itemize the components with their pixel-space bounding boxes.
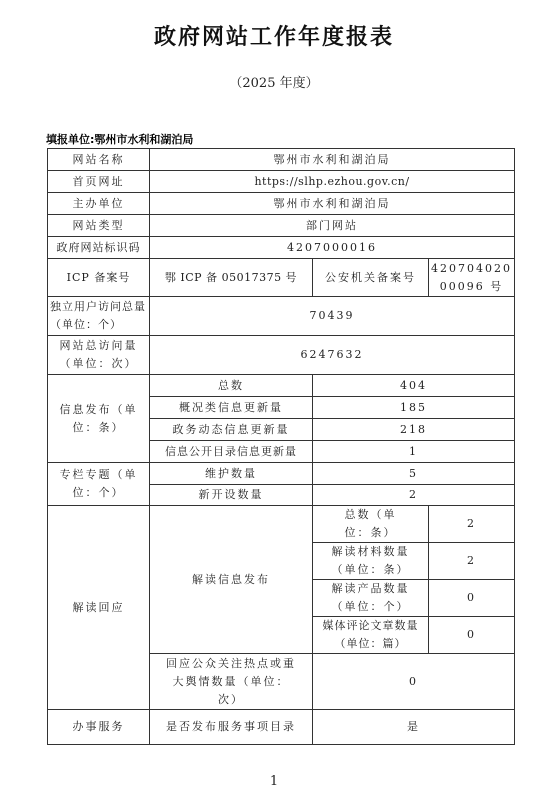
table-row: 专栏专题（单位：个） 维护数量 5 bbox=[48, 463, 515, 485]
total-visits-label: 网站总访问量（单位：次） bbox=[48, 336, 150, 375]
maintained-count-value: 5 bbox=[313, 463, 515, 485]
special-columns-label: 专栏专题（单位：个） bbox=[48, 463, 150, 506]
info-release-total-value: 404 bbox=[313, 375, 515, 397]
disclosure-catalog-updates-label: 信息公开目录信息更新量 bbox=[150, 441, 313, 463]
table-row: 解读回应 解读信息发布 总数（单位：条） 2 bbox=[48, 506, 515, 543]
media-commentary-value: 0 bbox=[429, 617, 515, 654]
gov-news-updates-label: 政务动态信息更新量 bbox=[150, 419, 313, 441]
table-row: 信息发布（单位：条） 总数 404 bbox=[48, 375, 515, 397]
filing-unit: 填报单位:鄂州市水利和湖泊局 bbox=[46, 131, 193, 147]
disclosure-catalog-updates-value: 1 bbox=[313, 441, 515, 463]
interpretation-label: 解读回应 bbox=[48, 506, 150, 710]
info-release-label: 信息发布（单位：条） bbox=[48, 375, 150, 463]
total-visits-value: 6247632 bbox=[150, 336, 515, 375]
icp-label: ICP 备案号 bbox=[48, 259, 150, 297]
table-row: ICP 备案号 鄂 ICP 备 05017375 号 公安机关备案号 42070… bbox=[48, 259, 515, 297]
interpretation-total-label: 总数（单位：条） bbox=[313, 506, 429, 543]
overview-updates-value: 185 bbox=[313, 397, 515, 419]
media-commentary-label: 媒体评论文章数量（单位：篇） bbox=[313, 617, 429, 654]
page-title: 政府网站工作年度报表 bbox=[0, 20, 548, 51]
table-row: 网站名称 鄂州市水利和湖泊局 bbox=[48, 149, 515, 171]
service-catalog-label: 是否发布服务事项目录 bbox=[150, 710, 313, 745]
unique-visitors-label: 独立用户访问总量（单位：个） bbox=[48, 297, 150, 336]
interpretation-materials-label: 解读材料数量（单位：条） bbox=[313, 543, 429, 580]
table-row: 主办单位 鄂州市水利和湖泊局 bbox=[48, 193, 515, 215]
police-record-label: 公安机关备案号 bbox=[313, 259, 429, 297]
table-row: 办事服务 是否发布服务事项目录 是 bbox=[48, 710, 515, 745]
unique-visitors-value: 70439 bbox=[150, 297, 515, 336]
site-name-value: 鄂州市水利和湖泊局 bbox=[150, 149, 515, 171]
interpretation-materials-value: 2 bbox=[429, 543, 515, 580]
page-number: 1 bbox=[0, 774, 548, 789]
site-type-value: 部门网站 bbox=[150, 215, 515, 237]
interpretation-products-value: 0 bbox=[429, 580, 515, 617]
overview-updates-label: 概况类信息更新量 bbox=[150, 397, 313, 419]
table-row: 网站总访问量（单位：次） 6247632 bbox=[48, 336, 515, 375]
info-release-total-label: 总数 bbox=[150, 375, 313, 397]
site-type-label: 网站类型 bbox=[48, 215, 150, 237]
table-row: 首页网址 https://slhp.ezhou.gov.cn/ bbox=[48, 171, 515, 193]
public-response-value: 0 bbox=[313, 654, 515, 710]
public-response-label: 回应公众关注热点或重大舆情数量（单位：次） bbox=[150, 654, 313, 710]
homepage-url-label: 首页网址 bbox=[48, 171, 150, 193]
site-id-code-value: 4207000016 bbox=[150, 237, 515, 259]
report-table: 网站名称 鄂州市水利和湖泊局 首页网址 https://slhp.ezhou.g… bbox=[47, 148, 515, 745]
site-name-label: 网站名称 bbox=[48, 149, 150, 171]
police-record-value: 42070402000096 号 bbox=[429, 259, 515, 297]
service-catalog-value: 是 bbox=[313, 710, 515, 745]
sponsor-value: 鄂州市水利和湖泊局 bbox=[150, 193, 515, 215]
homepage-url-value[interactable]: https://slhp.ezhou.gov.cn/ bbox=[150, 171, 515, 193]
interpretation-release-label: 解读信息发布 bbox=[150, 506, 313, 654]
table-row: 网站类型 部门网站 bbox=[48, 215, 515, 237]
table-row: 独立用户访问总量（单位：个） 70439 bbox=[48, 297, 515, 336]
sponsor-label: 主办单位 bbox=[48, 193, 150, 215]
site-id-code-label: 政府网站标识码 bbox=[48, 237, 150, 259]
gov-news-updates-value: 218 bbox=[313, 419, 515, 441]
interpretation-total-value: 2 bbox=[429, 506, 515, 543]
services-label: 办事服务 bbox=[48, 710, 150, 745]
new-count-label: 新开设数量 bbox=[150, 485, 313, 506]
report-year: （2025 年度） bbox=[0, 72, 548, 91]
table-row: 政府网站标识码 4207000016 bbox=[48, 237, 515, 259]
icp-value: 鄂 ICP 备 05017375 号 bbox=[150, 259, 313, 297]
maintained-count-label: 维护数量 bbox=[150, 463, 313, 485]
new-count-value: 2 bbox=[313, 485, 515, 506]
interpretation-products-label: 解读产品数量（单位：个） bbox=[313, 580, 429, 617]
